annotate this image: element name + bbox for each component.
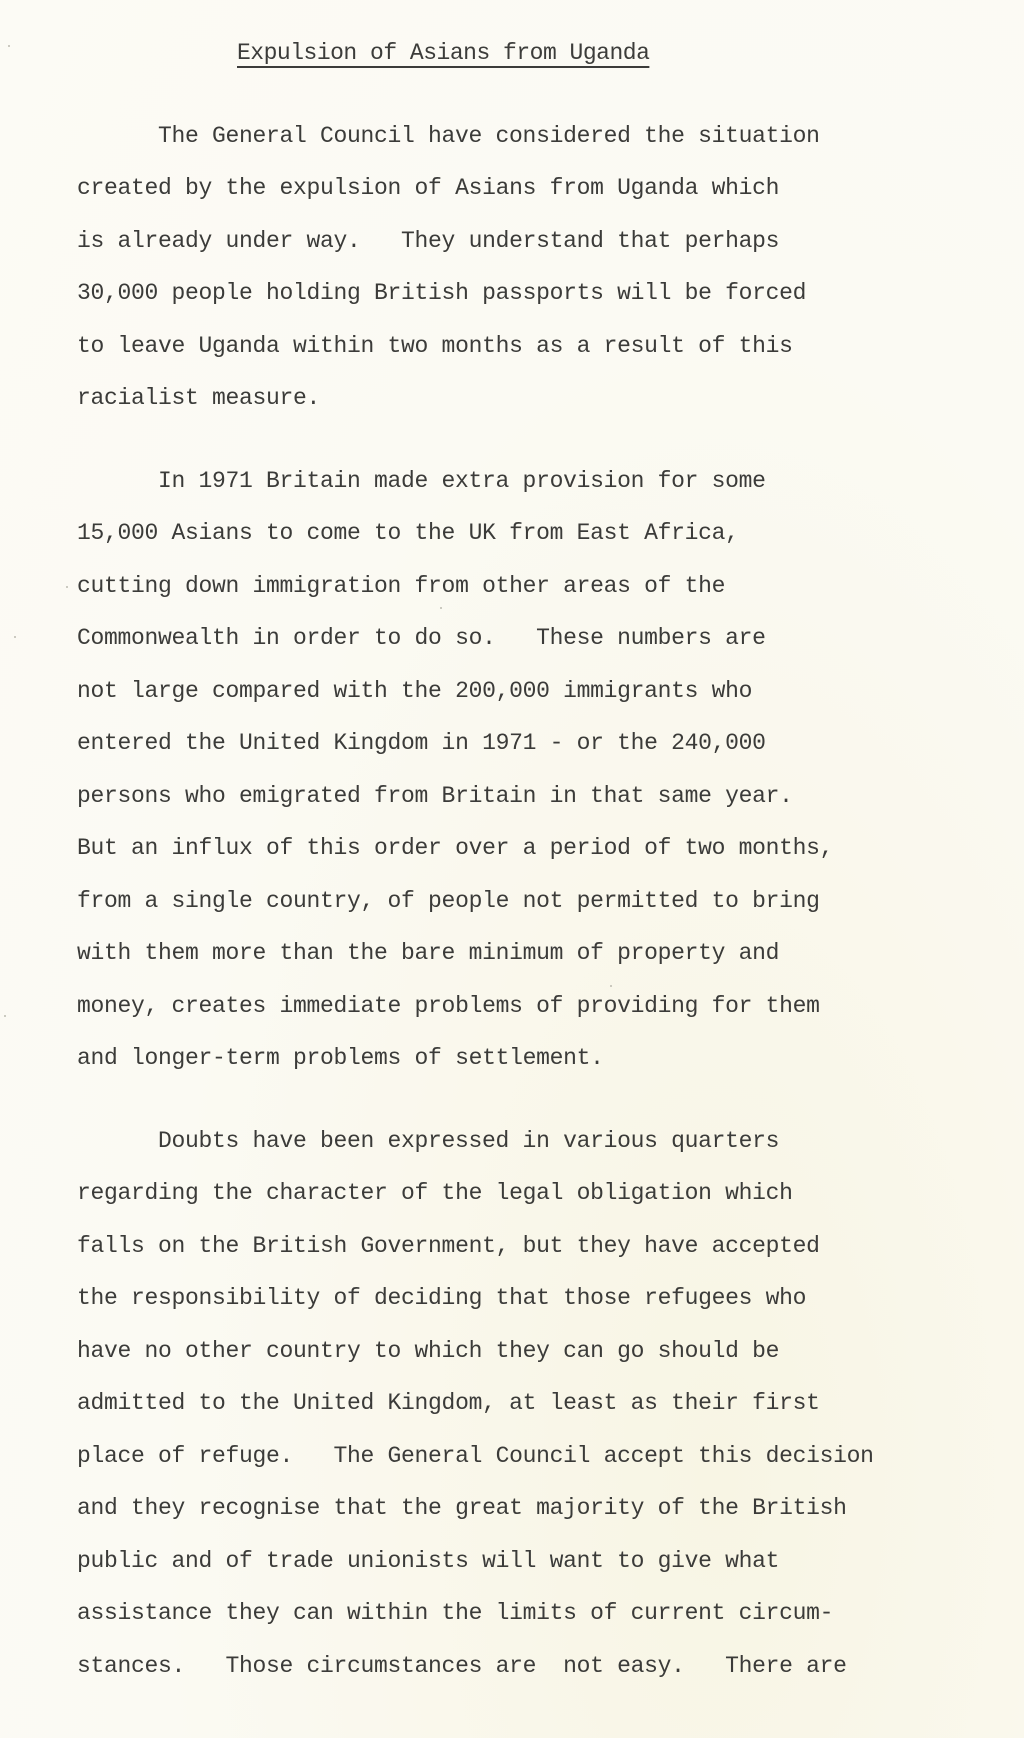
text-line: entered the United Kingdom in 1971 - or …	[77, 730, 766, 756]
document-title: Expulsion of Asians from Uganda	[237, 40, 649, 66]
text-line: persons who emigrated from Britain in th…	[77, 783, 793, 809]
text-line: assistance they can within the limits of…	[77, 1600, 833, 1626]
text-line: The General Council have considered the …	[158, 123, 820, 149]
text-line: and they recognise that the great majori…	[77, 1495, 847, 1521]
text-line: But an influx of this order over a perio…	[77, 835, 833, 861]
text-line: Doubts have been expressed in various qu…	[158, 1128, 779, 1154]
text-line: falls on the British Government, but the…	[77, 1233, 820, 1259]
text-line: regarding the character of the legal obl…	[77, 1180, 793, 1206]
text-line: from a single country, of people not per…	[77, 888, 820, 914]
paper-speck	[610, 985, 612, 987]
paper-speck	[4, 1015, 6, 1017]
text-line: the responsibility of deciding that thos…	[77, 1285, 806, 1311]
text-line: not large compared with the 200,000 immi…	[77, 678, 752, 704]
text-line: 15,000 Asians to come to the UK from Eas…	[77, 520, 739, 546]
text-line: have no other country to which they can …	[77, 1338, 779, 1364]
paper-speck	[14, 636, 16, 638]
text-line: admitted to the United Kingdom, at least…	[77, 1390, 820, 1416]
text-line: is already under way. They understand th…	[77, 228, 779, 254]
paper-speck	[8, 45, 10, 47]
paper-speck	[440, 607, 442, 609]
text-line: racialist measure.	[77, 385, 320, 411]
document-page: Expulsion of Asians from Uganda The Gene…	[0, 0, 1024, 1738]
text-line: to leave Uganda within two months as a r…	[77, 333, 793, 359]
text-line: with them more than the bare minimum of …	[77, 940, 779, 966]
text-line: stances. Those circumstances are not eas…	[77, 1653, 847, 1679]
text-line: Commonwealth in order to do so. These nu…	[77, 625, 766, 651]
paper-speck	[66, 586, 68, 588]
text-line: cutting down immigration from other area…	[77, 573, 725, 599]
text-line: In 1971 Britain made extra provision for…	[158, 468, 766, 494]
text-line: money, creates immediate problems of pro…	[77, 993, 820, 1019]
text-line: and longer-term problems of settlement.	[77, 1045, 604, 1071]
text-line: place of refuge. The General Council acc…	[77, 1443, 874, 1469]
text-line: 30,000 people holding British passports …	[77, 280, 806, 306]
text-line: public and of trade unionists will want …	[77, 1548, 779, 1574]
text-line: created by the expulsion of Asians from …	[77, 175, 779, 201]
